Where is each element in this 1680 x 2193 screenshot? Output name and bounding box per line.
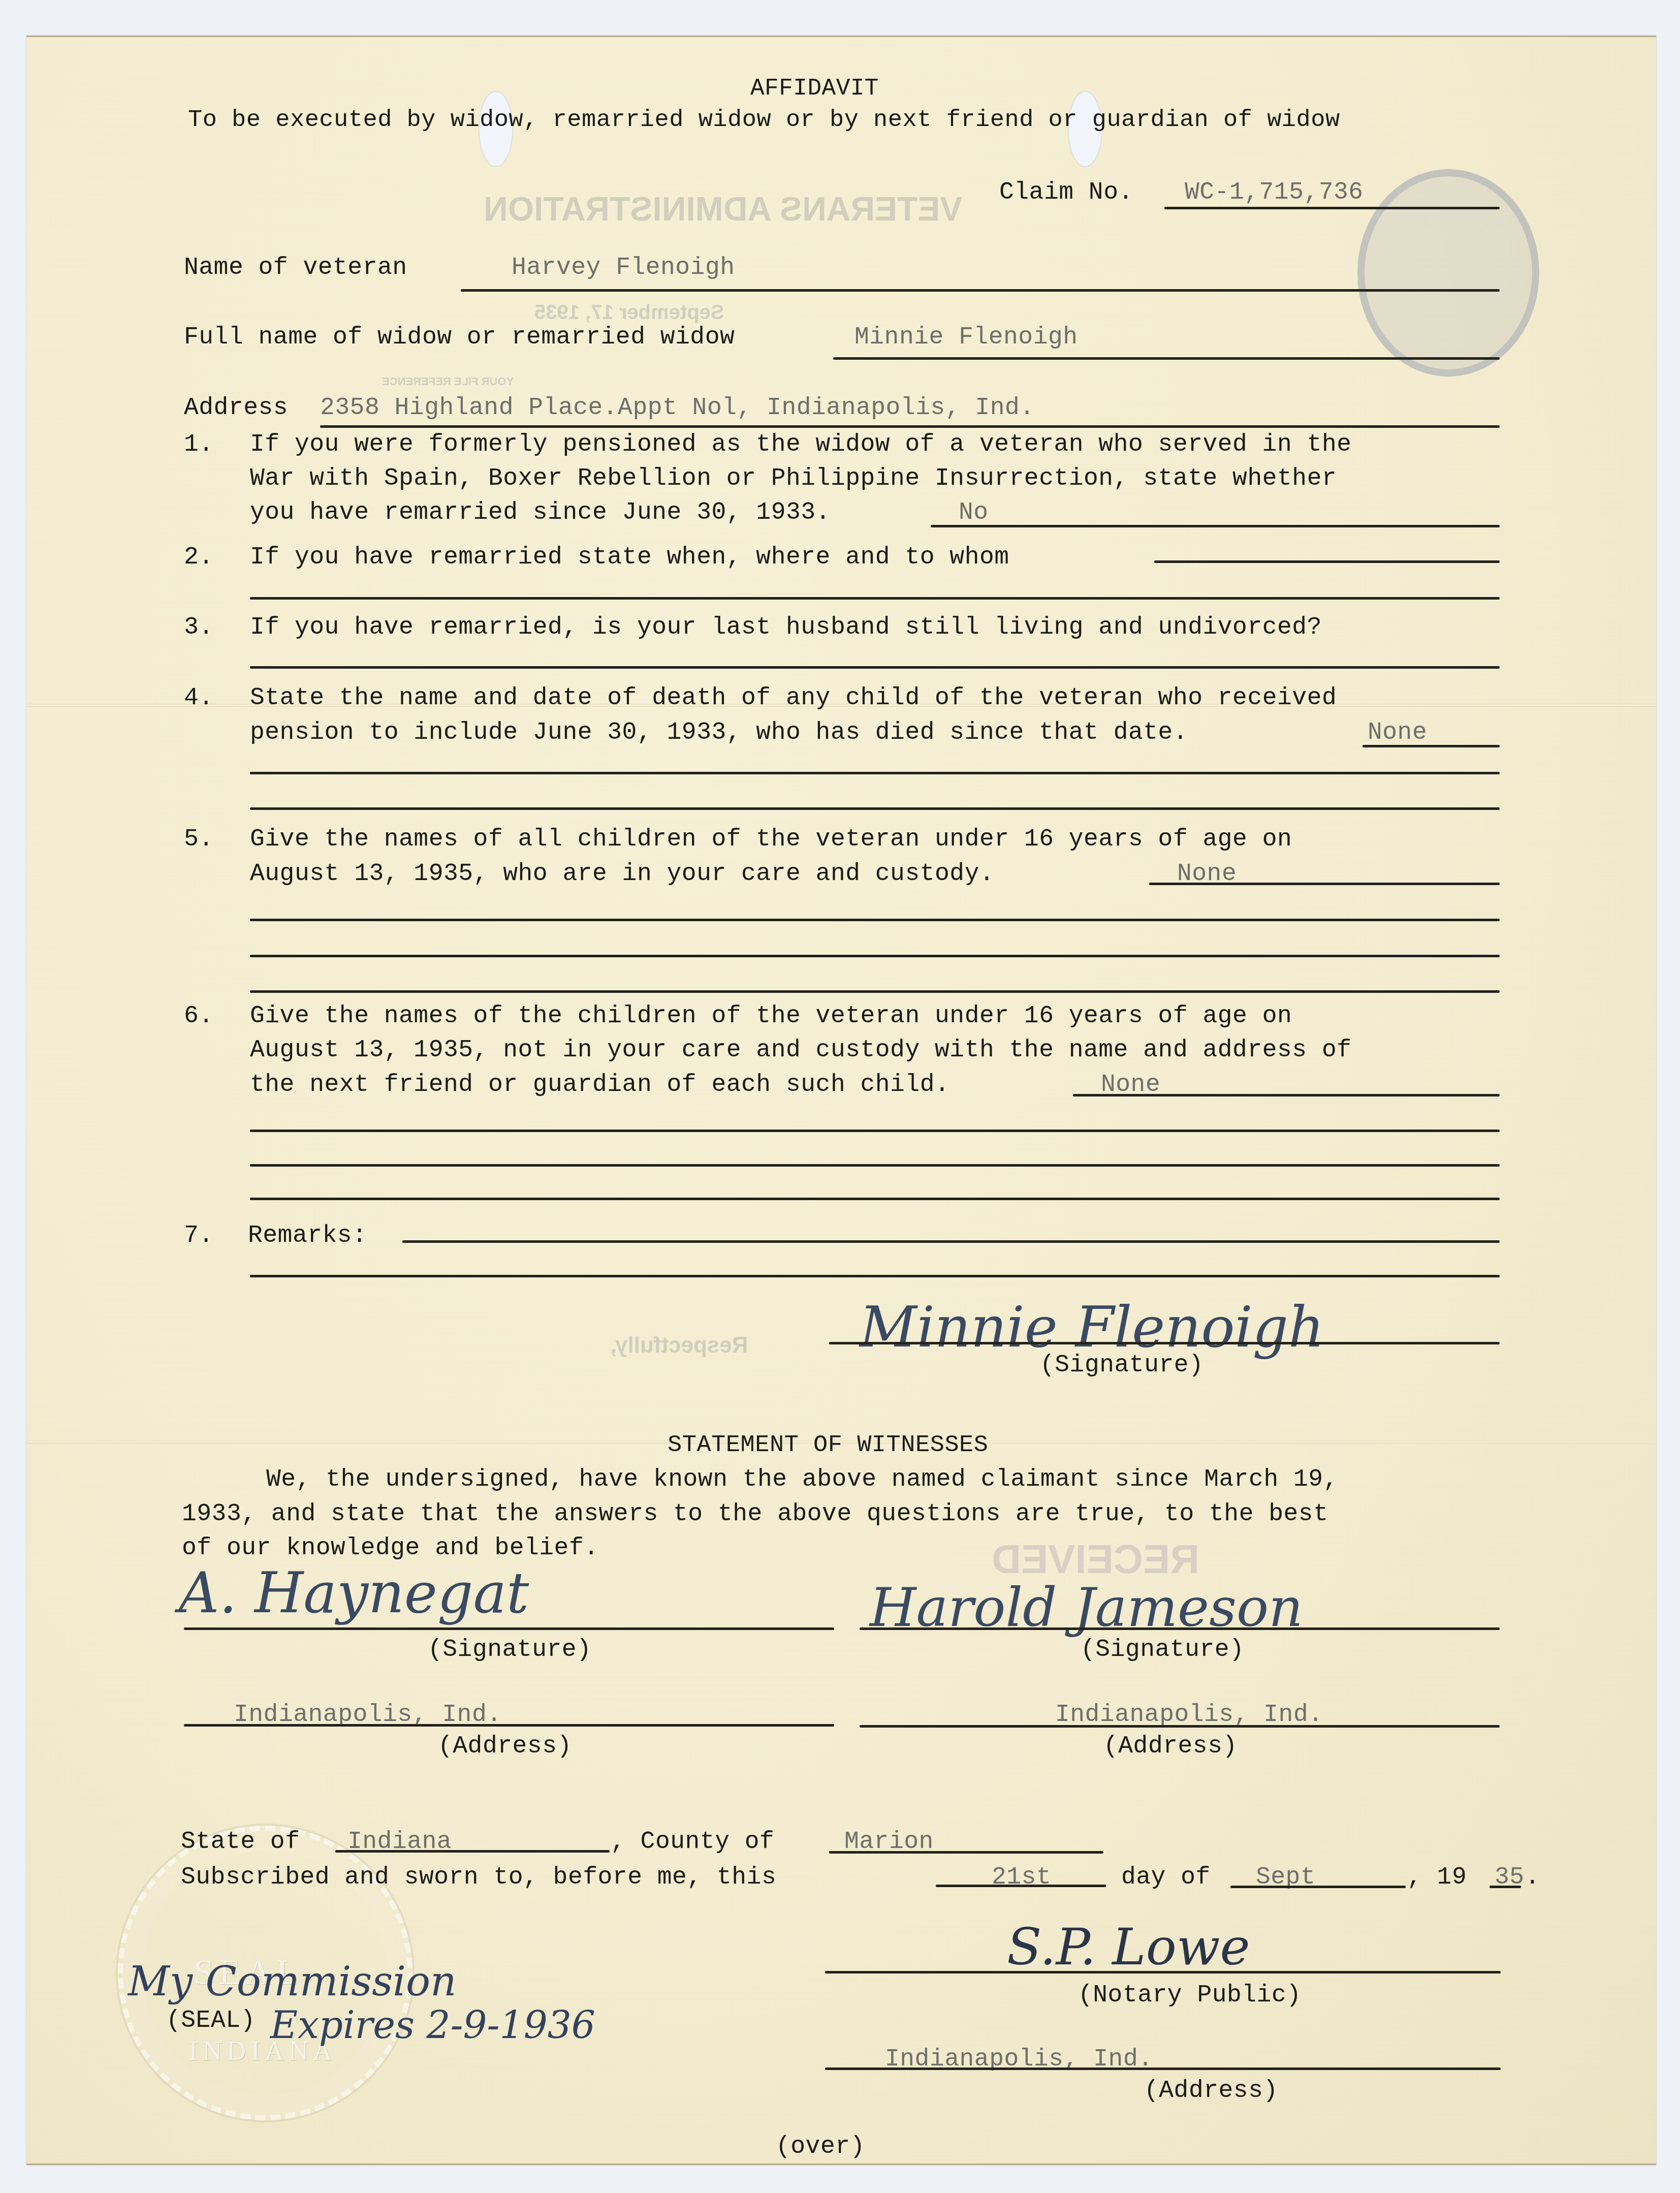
sworn-label: Subscribed and sworn to, before me, this [181,1865,776,1890]
state-label: State of [181,1830,300,1854]
question-6-line: August 13, 1935, not in your care and cu… [250,1038,1352,1062]
year-suffix: . [1525,1865,1540,1890]
seal-label: (SEAL) [166,2009,256,2033]
witness-right-address-rule [860,1725,1500,1728]
year-prefix: , 19 [1407,1865,1467,1890]
question-1-number: 1. [184,432,214,457]
question-6-line: Give the names of the children of the ve… [250,1004,1292,1028]
question-6-rule [1073,1094,1500,1096]
bleed-through-ref: YOUR FILE REFERENCE [382,375,514,388]
county-value[interactable]: Marion [844,1830,934,1854]
witness-right-address-caption: (Address) [1103,1734,1238,1759]
question-3-rule [250,666,1500,669]
question-6-rule-2 [250,1130,1500,1132]
state-rule [335,1850,610,1853]
question-5-line: Give the names of all children of the ve… [250,827,1292,852]
bleed-through-respectfully: Respectfully, [611,1333,748,1358]
witnesses-statement-line: of our knowledge and belief. [182,1536,599,1560]
affidavit-page: VETERANS ADMINISTRATION September 17, 19… [26,36,1656,2165]
commission-note-line1: My Commission [128,1958,457,2005]
question-6-answer[interactable]: None [1101,1073,1160,1097]
question-1-line: you have remarried since June 30, 1933. [250,500,831,525]
question-5-number: 5. [184,827,214,852]
claim-value[interactable]: WC-1,715,736 [1185,180,1364,205]
witness-left-address-caption: (Address) [438,1734,572,1759]
witness-left-address[interactable]: Indianapolis, Ind. [234,1703,501,1727]
widow-value[interactable]: Minnie Flenoigh [854,325,1078,350]
sworn-month-rule [1230,1886,1406,1888]
notary-signature-rule [825,1971,1501,1973]
veteran-rule [461,289,1500,292]
question-7-number: 7. [184,1224,214,1248]
remarks-rule [402,1240,1500,1243]
question-6-rule-4 [250,1198,1500,1200]
question-6-line: the next friend or guardian of each such… [250,1073,949,1097]
question-4-answer[interactable]: None [1368,720,1427,745]
question-5-line: August 13, 1935, who are in your care an… [250,862,994,886]
commission-note-line2: Expires 2-9-1936 [270,2003,595,2047]
widow-rule [833,357,1500,360]
question-3-line: If you have remarried, is your last husb… [250,615,1322,640]
witness-left-signature-caption: (Signature) [428,1638,591,1662]
notary-caption: (Notary Public) [1078,1983,1302,2008]
claimant-signature: Minnie Flenoigh [860,1295,1324,1360]
witnesses-heading: STATEMENT OF WITNESSES [668,1433,989,1457]
witness-left-signature-rule [184,1627,834,1630]
notary-address-rule [825,2067,1501,2070]
day-of-label: day of [1121,1865,1211,1890]
question-4-number: 4. [184,686,214,710]
question-1-answer[interactable]: No [959,500,989,525]
witness-right-address[interactable]: Indianapolis, Ind. [1055,1703,1323,1727]
question-2-line: If you have remarried state when, where … [250,545,1009,570]
question-4-line: pension to include June 30, 1933, who ha… [250,720,1188,745]
claimant-signature-rule [829,1342,1500,1344]
notary-address-caption: (Address) [1144,2079,1278,2103]
question-1-line: If you were formerly pensioned as the wi… [250,432,1352,457]
sworn-day-rule [936,1885,1106,1887]
address-value[interactable]: 2358 Highland Place.Appt Nol, Indianapol… [320,396,1035,420]
notary-signature: S.P. Lowe [1007,1917,1250,1977]
county-rule [829,1851,1103,1854]
question-1-line: War with Spain, Boxer Rebellion or Phili… [250,466,1337,491]
question-6-rule-3 [250,1164,1500,1167]
claim-label: Claim No. [999,180,1133,205]
claimant-signature-caption: (Signature) [1040,1353,1203,1377]
question-2-number: 2. [184,545,214,570]
veteran-label: Name of veteran [184,256,407,280]
witness-left-address-rule [184,1724,834,1727]
remarks-label: Remarks: [248,1224,367,1248]
witness-left-signature: A. Haynegat [179,1560,529,1625]
document-title: AFFIDAVIT [750,77,879,100]
remarks-rule-2 [250,1275,1500,1277]
document-subtitle: To be executed by widow, remarried widow… [188,108,1340,132]
witnesses-statement-line: We, the undersigned, have known the abov… [266,1467,1338,1492]
witness-right-signature-rule [860,1627,1500,1630]
question-4-rule [1362,745,1500,747]
question-3-number: 3. [184,615,214,640]
bleed-through-date: September 17, 1935 [534,301,724,324]
address-label: Address [184,396,288,420]
question-4-rule-3 [250,807,1500,810]
bleed-through-received: RECEIVED [992,1536,1199,1583]
question-4-line: State the name and date of death of any … [250,686,1337,710]
agency-stamp-icon [1357,169,1539,377]
question-5-rule-4 [250,990,1500,993]
witnesses-statement-line: 1933, and state that the answers to the … [182,1502,1328,1526]
sworn-year-rule [1489,1886,1521,1888]
claim-rule [1164,207,1500,209]
bleed-through-header: VETERANS ADMINISTRATION [484,190,962,228]
over-indicator: (over) [776,2135,865,2159]
county-label: , County of [611,1830,774,1854]
question-5-rule-3 [250,955,1500,957]
question-1-rule [931,525,1500,527]
question-2-rule-2 [250,597,1500,600]
question-2-rule [1154,560,1500,563]
question-5-rule-2 [250,919,1500,921]
address-rule [320,425,1500,428]
question-6-number: 6. [184,1004,214,1028]
witness-right-signature-caption: (Signature) [1081,1638,1244,1662]
question-4-rule-2 [250,772,1500,774]
widow-label: Full name of widow or remarried widow [184,325,735,350]
veteran-value[interactable]: Harvey Flenoigh [512,256,735,280]
question-5-rule [1149,883,1500,885]
